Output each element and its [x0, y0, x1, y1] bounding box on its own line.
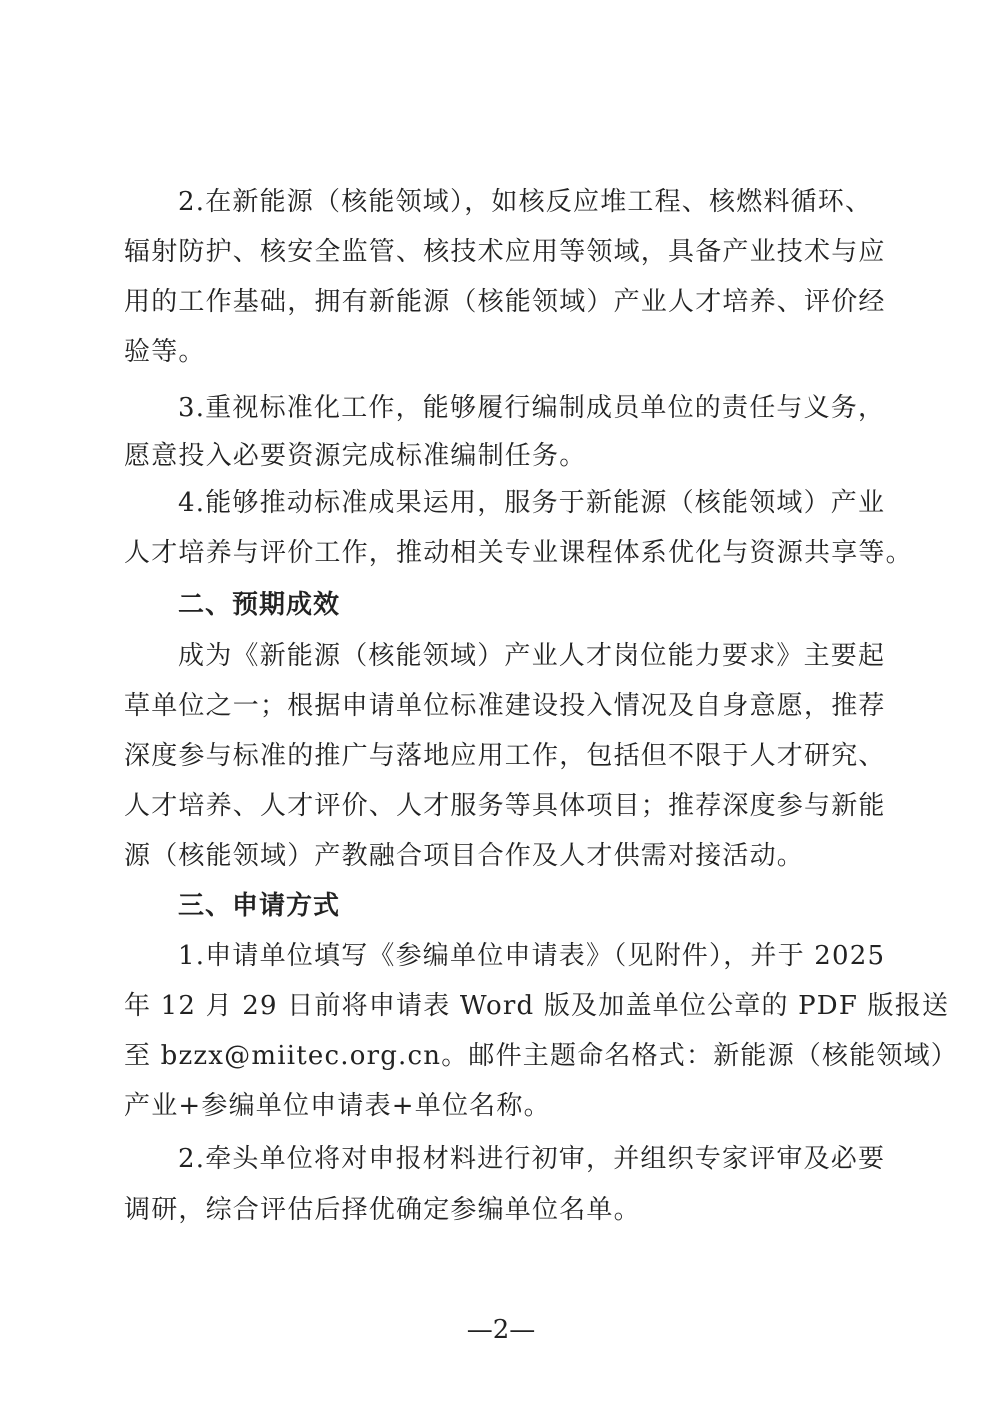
- section-heading-expected-results: 二、预期成效: [178, 589, 938, 621]
- document-page: 2.在新能源（核能领域），如核反应堆工程、核燃料循环、 辐射防护、核安全监管、核…: [0, 0, 1002, 1419]
- application-step-1-line-1: 1.申请单位填写《参编单位申请表》（见附件），并于 2025: [178, 940, 938, 972]
- expected-results-line-1: 成为《新能源（核能领域）产业人才岗位能力要求》主要起: [178, 640, 938, 672]
- expected-results-line-4: 人才培养、人才评价、人才服务等具体项目；推荐深度参与新能: [124, 790, 884, 822]
- requirement-2-line-1: 2.在新能源（核能领域），如核反应堆工程、核燃料循环、: [178, 186, 938, 218]
- section-heading-application-method: 三、申请方式: [178, 890, 938, 922]
- application-step-1-line-2: 年 12 月 29 日前将申请表 Word 版及加盖单位公章的 PDF 版报送: [124, 990, 884, 1022]
- requirement-3-line-1: 3.重视标准化工作，能够履行编制成员单位的责任与义务，: [178, 392, 938, 424]
- application-step-1-line-3: 至 bzzx@miitec.org.cn。邮件主题命名格式：新能源（核能领域）: [124, 1040, 884, 1072]
- expected-results-line-5: 源（核能领域）产教融合项目合作及人才供需对接活动。: [124, 840, 884, 872]
- requirement-4-line-1: 4.能够推动标准成果运用，服务于新能源（核能领域）产业: [178, 487, 938, 519]
- page-number: —2—: [0, 1314, 1002, 1346]
- requirement-2-line-2: 辐射防护、核安全监管、核技术应用等领域，具备产业技术与应: [124, 236, 884, 268]
- requirement-2-line-3: 用的工作基础，拥有新能源（核能领域）产业人才培养、评价经: [124, 286, 884, 318]
- requirement-3-line-2: 愿意投入必要资源完成标准编制任务。: [124, 440, 884, 472]
- application-step-2-line-1: 2.牵头单位将对申报材料进行初审，并组织专家评审及必要: [178, 1143, 938, 1175]
- requirement-2-line-4: 验等。: [124, 336, 884, 368]
- application-step-1-line-4: 产业+参编单位申请表+单位名称。: [124, 1090, 884, 1122]
- expected-results-line-2: 草单位之一；根据申请单位标准建设投入情况及自身意愿，推荐: [124, 690, 884, 722]
- expected-results-line-3: 深度参与标准的推广与落地应用工作，包括但不限于人才研究、: [124, 740, 884, 772]
- requirement-4-line-2: 人才培养与评价工作，推动相关专业课程体系优化与资源共享等。: [124, 537, 884, 569]
- application-step-2-line-2: 调研，综合评估后择优确定参编单位名单。: [124, 1194, 884, 1226]
